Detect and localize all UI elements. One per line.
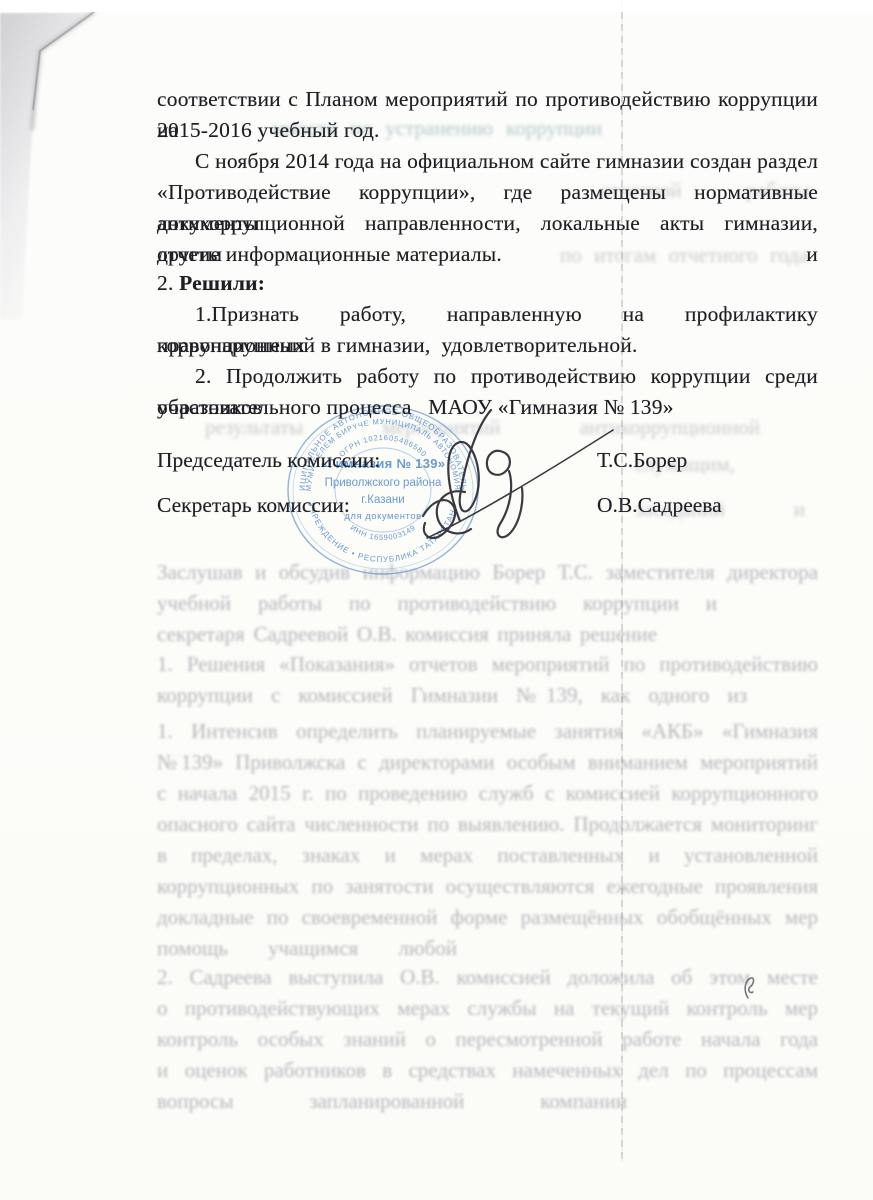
scanned-document-page: мности по устранению коррупции отчетной … — [0, 0, 873, 1200]
bleed-through-line: помощь учащимся любой школы — [157, 936, 457, 962]
bleed-through-line: 1. Решения «Показания» отчетов мероприят… — [157, 652, 818, 678]
stamp-arc-inn: ИНН 1659003149 — [349, 523, 418, 542]
document-text-line: соответствии с Планом мероприятий по про… — [157, 84, 818, 115]
document-text-line: 2. Продолжить работу по противодействию … — [157, 361, 818, 392]
decision-heading-label: Решили: — [179, 271, 265, 295]
bleed-through-line: с начала 2015 г. по проведению служб с к… — [157, 781, 818, 807]
document-text-line: 2015-2016 учебный год. — [157, 115, 818, 146]
signature-role-label: Секретарь комиссии: — [157, 492, 350, 518]
stamp-center-purpose: для документов — [344, 511, 421, 522]
document-text-line: С ноября 2014 года на официальном сайте … — [157, 146, 818, 177]
stamp-center-city: г.Казани — [361, 494, 404, 506]
bleed-through-line: Заслушав и обсудив информацию Борер Т.С.… — [157, 560, 818, 586]
decision-heading: 2. Решили: — [157, 268, 818, 299]
bleed-through-line: и оценок работников в средствах намеченн… — [157, 1058, 818, 1084]
ink-mark — [738, 974, 756, 1002]
bleed-through-line: 1. Интенсив определить планируемые занят… — [157, 719, 818, 745]
bleed-through-line: контроль особых знаний о пересмотренной … — [157, 1027, 818, 1053]
handwritten-signature — [415, 400, 625, 550]
bleed-through-line: опасного сайта численности по выявлению.… — [157, 812, 818, 838]
bleed-through-line: коррупции с комиссией Гимназии №139, как… — [157, 683, 747, 709]
decision-heading-number: 2. — [157, 271, 179, 295]
page-fold-line — [621, 0, 623, 1162]
bleed-through-line: в пределах, знаках и мерах поставленных … — [157, 843, 818, 869]
bleed-through-line: 2. Садреева выступила О.В. комиссией дол… — [157, 965, 818, 991]
bleed-through-line: вопросы запланированной компании — [157, 1089, 627, 1115]
signature-role-label: Председатель комиссии: — [157, 447, 380, 473]
bleed-through-line: о противодействующих мерах службы на тек… — [157, 996, 818, 1022]
scan-corner-shadow — [0, 0, 170, 320]
body-paragraphs: соответствии с Планом мероприятий по про… — [157, 84, 818, 270]
bleed-through-line: докладные по своевременной форме размещё… — [157, 905, 818, 931]
bleed-through-line: №139» Приволжска с директорами особым вн… — [157, 750, 818, 776]
bleed-through-line: коррупционных по занятости осуществляютс… — [157, 874, 818, 900]
document-text-line: правонарушений в гимназии, удовлетворите… — [157, 330, 818, 361]
document-text-line: антикоррупционной направленности, локаль… — [157, 208, 818, 239]
document-text-line: 1.Признать работу, направленную на профи… — [157, 299, 818, 330]
scan-top-edge — [0, 0, 873, 12]
document-text-line: «Противодействие коррупции», где размеще… — [157, 177, 818, 208]
bleed-through-line: учебной работы по противодействию корруп… — [157, 591, 717, 617]
bleed-through-line: секретаря Садреевой О.В. комиссия принял… — [157, 622, 657, 648]
